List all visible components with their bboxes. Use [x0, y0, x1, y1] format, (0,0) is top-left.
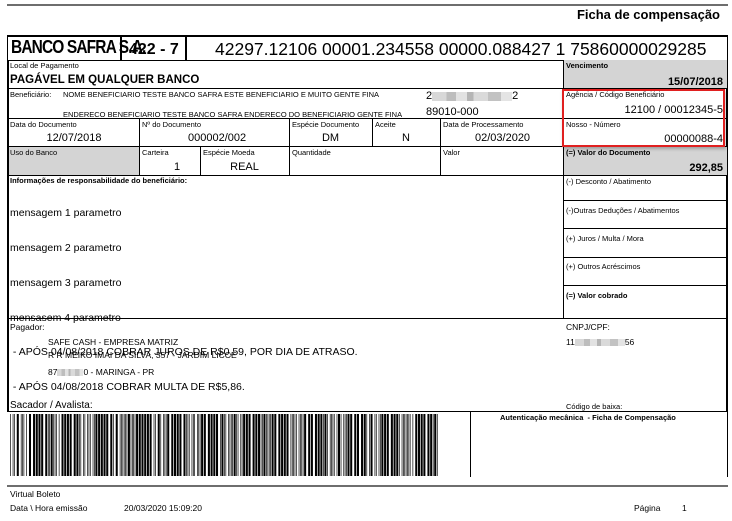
- bank-name: BANCO SAFRA S.A.: [11, 37, 145, 58]
- currency-label: Espécie Moeda: [203, 148, 255, 157]
- interest-label: (+) Juros / Multa / Mora: [566, 234, 644, 243]
- barcode: [10, 414, 438, 476]
- payer-label: Pagador:: [10, 322, 45, 332]
- authentication-label: Autenticação mecânica - Ficha de Compens…: [500, 413, 676, 422]
- acceptance-label: Aceite: [375, 120, 396, 129]
- emission-label: Data \ Hora emissão: [10, 503, 87, 513]
- document-value-label: (=) Valor do Documento: [566, 148, 650, 157]
- acceptance-value: N: [372, 132, 440, 145]
- document-number-value: 000002/002: [188, 132, 246, 145]
- footer-brand: Virtual Boleto: [10, 489, 60, 499]
- payer-doc-end: 56: [625, 337, 634, 347]
- payer-address: R R MEIKO IMAI DA SILVA, 357 - JARDIM LI…: [48, 350, 237, 360]
- payer-name: SAFE CASH - EMPRESA MATRIZ: [48, 337, 178, 347]
- due-date-value: 15/07/2018: [668, 76, 723, 88]
- processing-date-label: Data de Processamento: [443, 120, 523, 129]
- divider: [563, 200, 728, 201]
- payment-place-value: PAGÁVEL EM QUALQUER BANCO: [10, 74, 199, 86]
- divider: [470, 411, 471, 477]
- page-title: Ficha de compensação: [577, 7, 720, 22]
- highlight-box: [562, 89, 725, 147]
- charged-value-label: (=) Valor cobrado: [566, 291, 627, 300]
- document-type-value: DM: [289, 132, 372, 145]
- discount-label: (-) Desconto / Abatimento: [566, 177, 651, 186]
- beneficiary-document: 22: [426, 90, 518, 103]
- bank-use-label: Uso do Banco: [10, 148, 57, 157]
- wallet-label: Carteira: [142, 148, 169, 157]
- guarantor-label: Sacador / Avalista:: [10, 400, 93, 411]
- document-number-label: Nº do Documento: [142, 120, 201, 129]
- emission-value: 20/03/2020 15:09:20: [124, 503, 202, 513]
- redacted-block: [57, 369, 83, 376]
- instructions-label: Informações de responsabilidade do benef…: [10, 176, 187, 185]
- other-additions-label: (+) Outros Acréscimos: [566, 262, 640, 271]
- due-date-label: Vencimento: [566, 61, 608, 70]
- divider: [120, 35, 122, 61]
- other-deductions-label: (-)Outras Deduções / Abatimentos: [566, 206, 679, 215]
- payer-doc-start: 11: [566, 337, 575, 347]
- bank-code: 422 - 7: [129, 41, 179, 59]
- payer-zip-start: 87: [48, 367, 57, 377]
- payer-doc-value: 1156: [566, 337, 634, 347]
- page-number: 1: [682, 503, 687, 513]
- beneficiary-label: Beneficiário:: [10, 90, 51, 99]
- instruction-line: - APÓS 04/08/2018 COBRAR MULTA DE R$5,86…: [10, 382, 358, 394]
- divider: [185, 35, 187, 61]
- divider: [7, 318, 728, 319]
- divider: [727, 411, 728, 477]
- document-type-label: Espécie Documento: [292, 120, 359, 129]
- payer-city-line: 870 - MARINGA - PR: [48, 367, 154, 377]
- digitable-line[interactable]: 42297.12106 00001.234558 00000.088427 1 …: [215, 39, 706, 60]
- bottom-rule: [7, 485, 728, 487]
- amount-label: Valor: [443, 148, 460, 157]
- document-value-amount: 292,85: [689, 162, 723, 174]
- payer-doc-label: CNPJ/CPF:: [566, 322, 610, 332]
- payment-place-label: Local de Pagamento: [10, 61, 79, 70]
- redacted-block: [575, 339, 625, 346]
- instruction-line: mensagem 3 parametro: [10, 278, 358, 290]
- instruction-line: mensagem 1 parametro: [10, 208, 358, 220]
- divider: [563, 257, 728, 258]
- quantity-label: Quantidade: [292, 148, 331, 157]
- beneficiary-document-end: 2: [512, 90, 518, 102]
- document-date-value: 12/07/2018: [9, 132, 139, 145]
- divider: [563, 285, 728, 286]
- currency-value: REAL: [200, 161, 289, 174]
- processing-date-value: 02/03/2020: [475, 132, 530, 145]
- top-rule: [7, 4, 728, 6]
- beneficiary-name: NOME BENEFICIARIO TESTE BANCO SAFRA ESTE…: [63, 90, 379, 99]
- payer-city: 0 - MARINGA - PR: [83, 367, 154, 377]
- write-off-label: Código de baixa:: [566, 402, 622, 411]
- instruction-line: mensagem 2 parametro: [10, 243, 358, 255]
- divider: [563, 228, 728, 229]
- page-label: Página: [634, 503, 660, 513]
- divider: [7, 411, 728, 412]
- document-date-label: Data do Documento: [10, 120, 77, 129]
- redacted-block: [432, 92, 512, 101]
